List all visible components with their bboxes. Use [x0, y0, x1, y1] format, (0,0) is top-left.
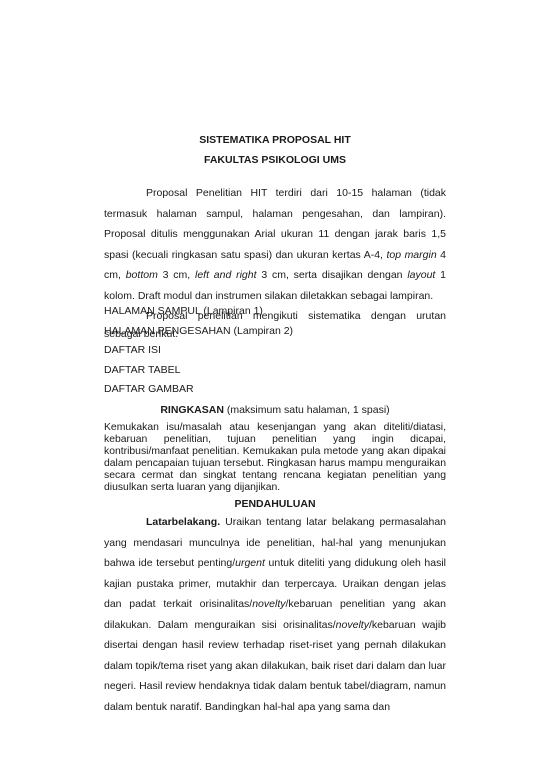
list-item: HALAMAN PENGESAHAN (Lampiran 2) [104, 322, 293, 342]
list-item: DAFTAR GAMBAR [104, 380, 293, 400]
intro-paragraph: Proposal Penelitian HIT terdiri dari 10-… [104, 183, 446, 306]
document-title: SISTEMATIKA PROPOSAL HIT [0, 134, 550, 146]
list-item: HALAMAN SAMPUL (Lampiran 1) [104, 302, 293, 322]
list-item: DAFTAR ISI [104, 341, 293, 361]
front-matter-list: HALAMAN SAMPUL (Lampiran 1) HALAMAN PENG… [104, 302, 293, 400]
ringkasan-heading: RINGKASAN (maksimum satu halaman, 1 spas… [0, 404, 550, 416]
list-item: DAFTAR TABEL [104, 361, 293, 381]
ringkasan-body: Kemukakan isu/masalah atau kesenjangan y… [104, 422, 446, 494]
document-subtitle: FAKULTAS PSIKOLOGI UMS [0, 154, 550, 166]
pendahuluan-heading: PENDAHULUAN [0, 498, 550, 510]
pendahuluan-body: Latarbelakang. Uraikan tentang latar bel… [104, 512, 446, 717]
document-page: SISTEMATIKA PROPOSAL HIT FAKULTAS PSIKOL… [0, 0, 550, 777]
